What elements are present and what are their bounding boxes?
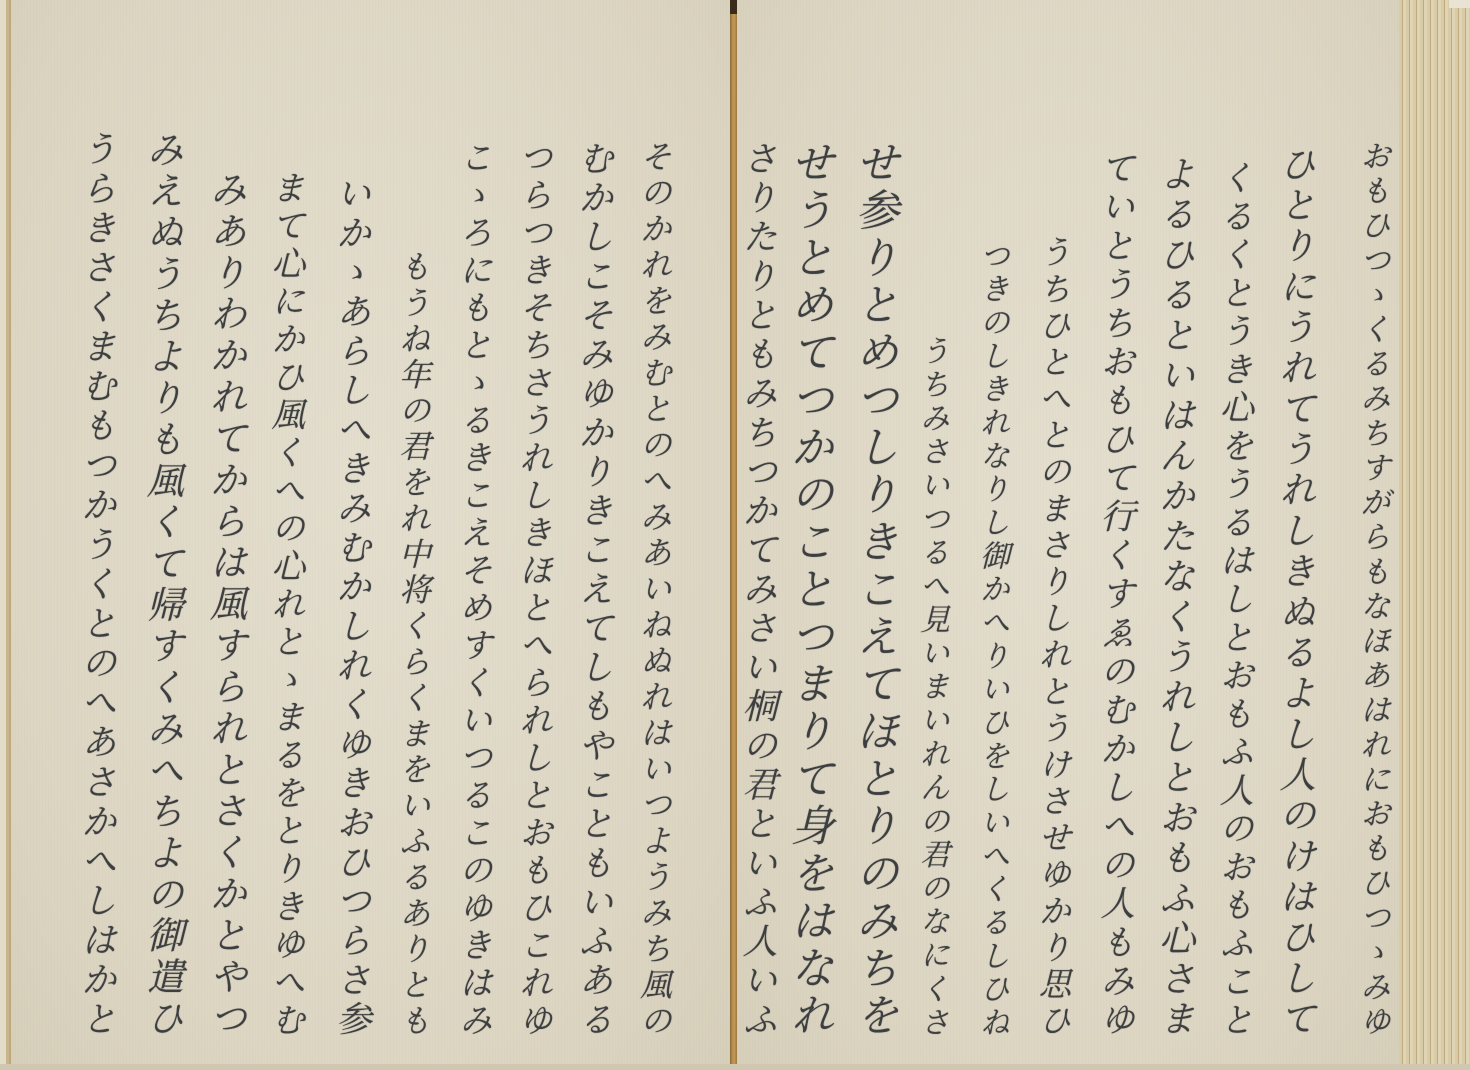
text-column: つらつきそちさうれしきほとへられしとおもひこれゆ <box>516 140 550 1040</box>
text-column: くるくとうき心をうるはしとおもふ人のおもふこと <box>1216 160 1250 1040</box>
text-column: さりたりともみちつかてみさい桐の君といふ人いふ <box>740 140 775 1040</box>
text-column: せうとめてつかのことつまりて身をはなれ <box>786 140 829 1040</box>
text-column: もうね年の君をれ中将くらくまをいふるありとも <box>396 250 428 1040</box>
text-column: よるひるといはんかたなくうれしとおもふ心さま <box>1156 155 1192 1040</box>
text-column: うらきさくまむもつかうくとのへあさかへしはかと <box>78 130 114 1040</box>
book-gutter <box>730 0 737 1070</box>
text-column: ていとうちおもひて行くすゑのむかしへの人もみゆ <box>1096 150 1131 1040</box>
text-column: みありわかれてからは風すられとさくかとやつ <box>206 170 243 1040</box>
text-column: いかゝあらしへきみむかしれくゆきおひつらさ参 <box>333 175 368 1040</box>
bottom-edge <box>0 1064 1470 1070</box>
text-column: まて心にかひ風くへの心れとゝまるをとりきゆへむ <box>268 170 302 1040</box>
text-column: そのかれをみむとのへみあいねぬれはいつようみち風の <box>638 140 670 1040</box>
book-spread: おもひつゝくるみちすがらもなほあはれにおもひつゝみゆ ひとりにうれてうれしきぬる… <box>0 0 1470 1070</box>
text-column: うちみさいつるへ見いまいれんの君のなにくさ <box>916 335 946 1040</box>
gutter-shadow <box>730 0 737 14</box>
text-column: こゝろにもとゝるきこえそめすくいつるこのゆきはみ <box>456 140 490 1040</box>
text-column: おもひつゝくるみちすがらもなほあはれにおもひつゝみゆ <box>1356 140 1387 1040</box>
fore-edge-highlight <box>1449 0 1470 8</box>
text-column: せ参りとめつしりきこえてほとりのみちを <box>851 140 894 1040</box>
text-column: うちひとへとのまさりしれとうけさせゆかり思ひ <box>1036 235 1069 1040</box>
page-fore-edge <box>1399 0 1470 1070</box>
text-column: つきのしきれなりし御かへりいひをしいへくるしひね <box>976 240 1006 1040</box>
text-column: むかしこそみゆかりきこえてしもやこともいふある <box>576 140 611 1040</box>
text-column: ひとりにうれてうれしきぬるよし人のけはひして <box>1276 145 1313 1040</box>
text-column: みえぬうちよりも風くて帰すくみへちよの御遣ひ <box>143 130 180 1040</box>
